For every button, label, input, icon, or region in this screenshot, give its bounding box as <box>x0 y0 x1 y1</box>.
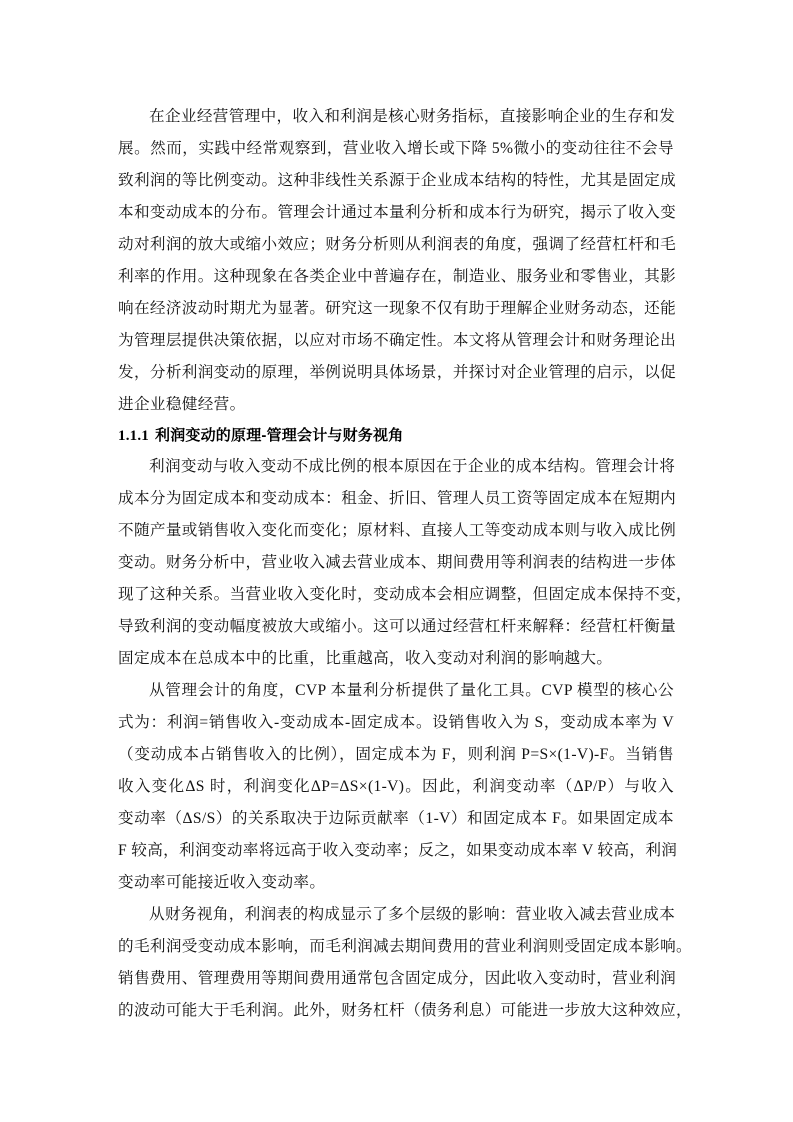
text-line: 变动率（ΔS/S）的关系取决于边际贡献率（1-V）和固定成本 F。如果固定成本 <box>118 803 674 835</box>
text-line: 导致利润的变动幅度被放大或缩小。这可以通过经营杠杆来解释：经营杠杆衡量 <box>118 611 674 643</box>
text-line: 成本分为固定成本和变动成本：租金、折旧、管理人员工资等固定成本在短期内 <box>118 483 674 515</box>
text-line: 利润变动与收入变动不成比例的根本原因在于企业的成本结构。管理会计将 <box>118 451 674 483</box>
text-line: 进企业稳健经营。 <box>118 389 674 421</box>
text-line: 的毛利润受变动成本影响，而毛利润减去期间费用的营业利润则受固定成本影响。 <box>118 931 674 963</box>
text-line: 销售费用、管理费用等期间费用通常包含固定成分，因此收入变动时，营业利润 <box>118 963 674 995</box>
text-line: 变动率可能接近收入变动率。 <box>118 867 674 899</box>
text-line: 为管理层提供决策依据，以应对市场不确定性。本文将从管理会计和财务理论出 <box>118 325 674 357</box>
text-line: F 较高，利润变动率将远高于收入变动率；反之，如果变动成本率 V 较高，利润 <box>118 835 674 867</box>
intro-paragraph: 在企业经营管理中，收入和利润是核心财务指标，直接影响企业的生存和发 展。然而，实… <box>118 101 674 421</box>
section-number: 1.1.1 <box>118 428 149 444</box>
text-line: 本和变动成本的分布。管理会计通过本量利分析和成本行为研究，揭示了收入变 <box>118 197 674 229</box>
text-line: （变动成本占销售收入的比例），固定成本为 F，则利润 P=S×(1-V)-F。当… <box>118 739 674 771</box>
text-line: 在企业经营管理中，收入和利润是核心财务指标，直接影响企业的生存和发 <box>118 101 674 133</box>
section-title: 利润变动的原理-管理会计与财务视角 <box>155 427 403 444</box>
text-line: 收入变化ΔS 时，利润变化ΔP=ΔS×(1-V)。因此，利润变动率（ΔP/P）与… <box>118 771 674 803</box>
text-line: 响在经济波动时期尤为显著。研究这一现象不仅有助于理解企业财务动态，还能 <box>118 293 674 325</box>
text-line: 致利润的等比例变动。这种非线性关系源于企业成本结构的特性，尤其是固定成 <box>118 165 674 197</box>
text-line: 变动。财务分析中，营业收入减去营业成本、期间费用等利润表的结构进一步体 <box>118 547 674 579</box>
text-line: 式为：利润=销售收入-变动成本-固定成本。设销售收入为 S，变动成本率为 V <box>118 707 674 739</box>
body-paragraph-cvp: 从管理会计的角度，CVP 本量利分析提供了量化工具。CVP 模型的核心公 式为：… <box>118 675 674 899</box>
text-line: 利率的作用。这种现象在各类企业中普遍存在，制造业、服务业和零售业，其影 <box>118 261 674 293</box>
text-line: 的波动可能大于毛利润。此外，财务杠杆（债务利息）可能进一步放大这种效应， <box>118 995 674 1027</box>
text-line: 展。然而，实践中经常观察到，营业收入增长或下降 5%微小的变动往往不会导 <box>118 133 674 165</box>
text-line: 发，分析利润变动的原理，举例说明具体场景，并探讨对企业管理的启示，以促 <box>118 357 674 389</box>
text-line: 现了这种关系。当营业收入变化时，变动成本会相应调整，但固定成本保持不变， <box>118 579 674 611</box>
section-heading: 1.1.1利润变动的原理-管理会计与财务视角 <box>118 421 674 451</box>
document-page: 在企业经营管理中，收入和利润是核心财务指标，直接影响企业的生存和发 展。然而，实… <box>118 101 674 1027</box>
text-line: 不随产量或销售收入变化而变化；原材料、直接人工等变动成本则与收入成比例 <box>118 515 674 547</box>
body-paragraph-cost-structure: 利润变动与收入变动不成比例的根本原因在于企业的成本结构。管理会计将 成本分为固定… <box>118 451 674 675</box>
text-line: 从管理会计的角度，CVP 本量利分析提供了量化工具。CVP 模型的核心公 <box>118 675 674 707</box>
body-paragraph-financial-view: 从财务视角，利润表的构成显示了多个层级的影响：营业收入减去营业成本 的毛利润受变… <box>118 899 674 1027</box>
text-line: 动对利润的放大或缩小效应；财务分析则从利润表的角度，强调了经营杠杆和毛 <box>118 229 674 261</box>
text-line: 从财务视角，利润表的构成显示了多个层级的影响：营业收入减去营业成本 <box>118 899 674 931</box>
text-line: 固定成本在总成本中的比重，比重越高，收入变动对利润的影响越大。 <box>118 643 674 675</box>
